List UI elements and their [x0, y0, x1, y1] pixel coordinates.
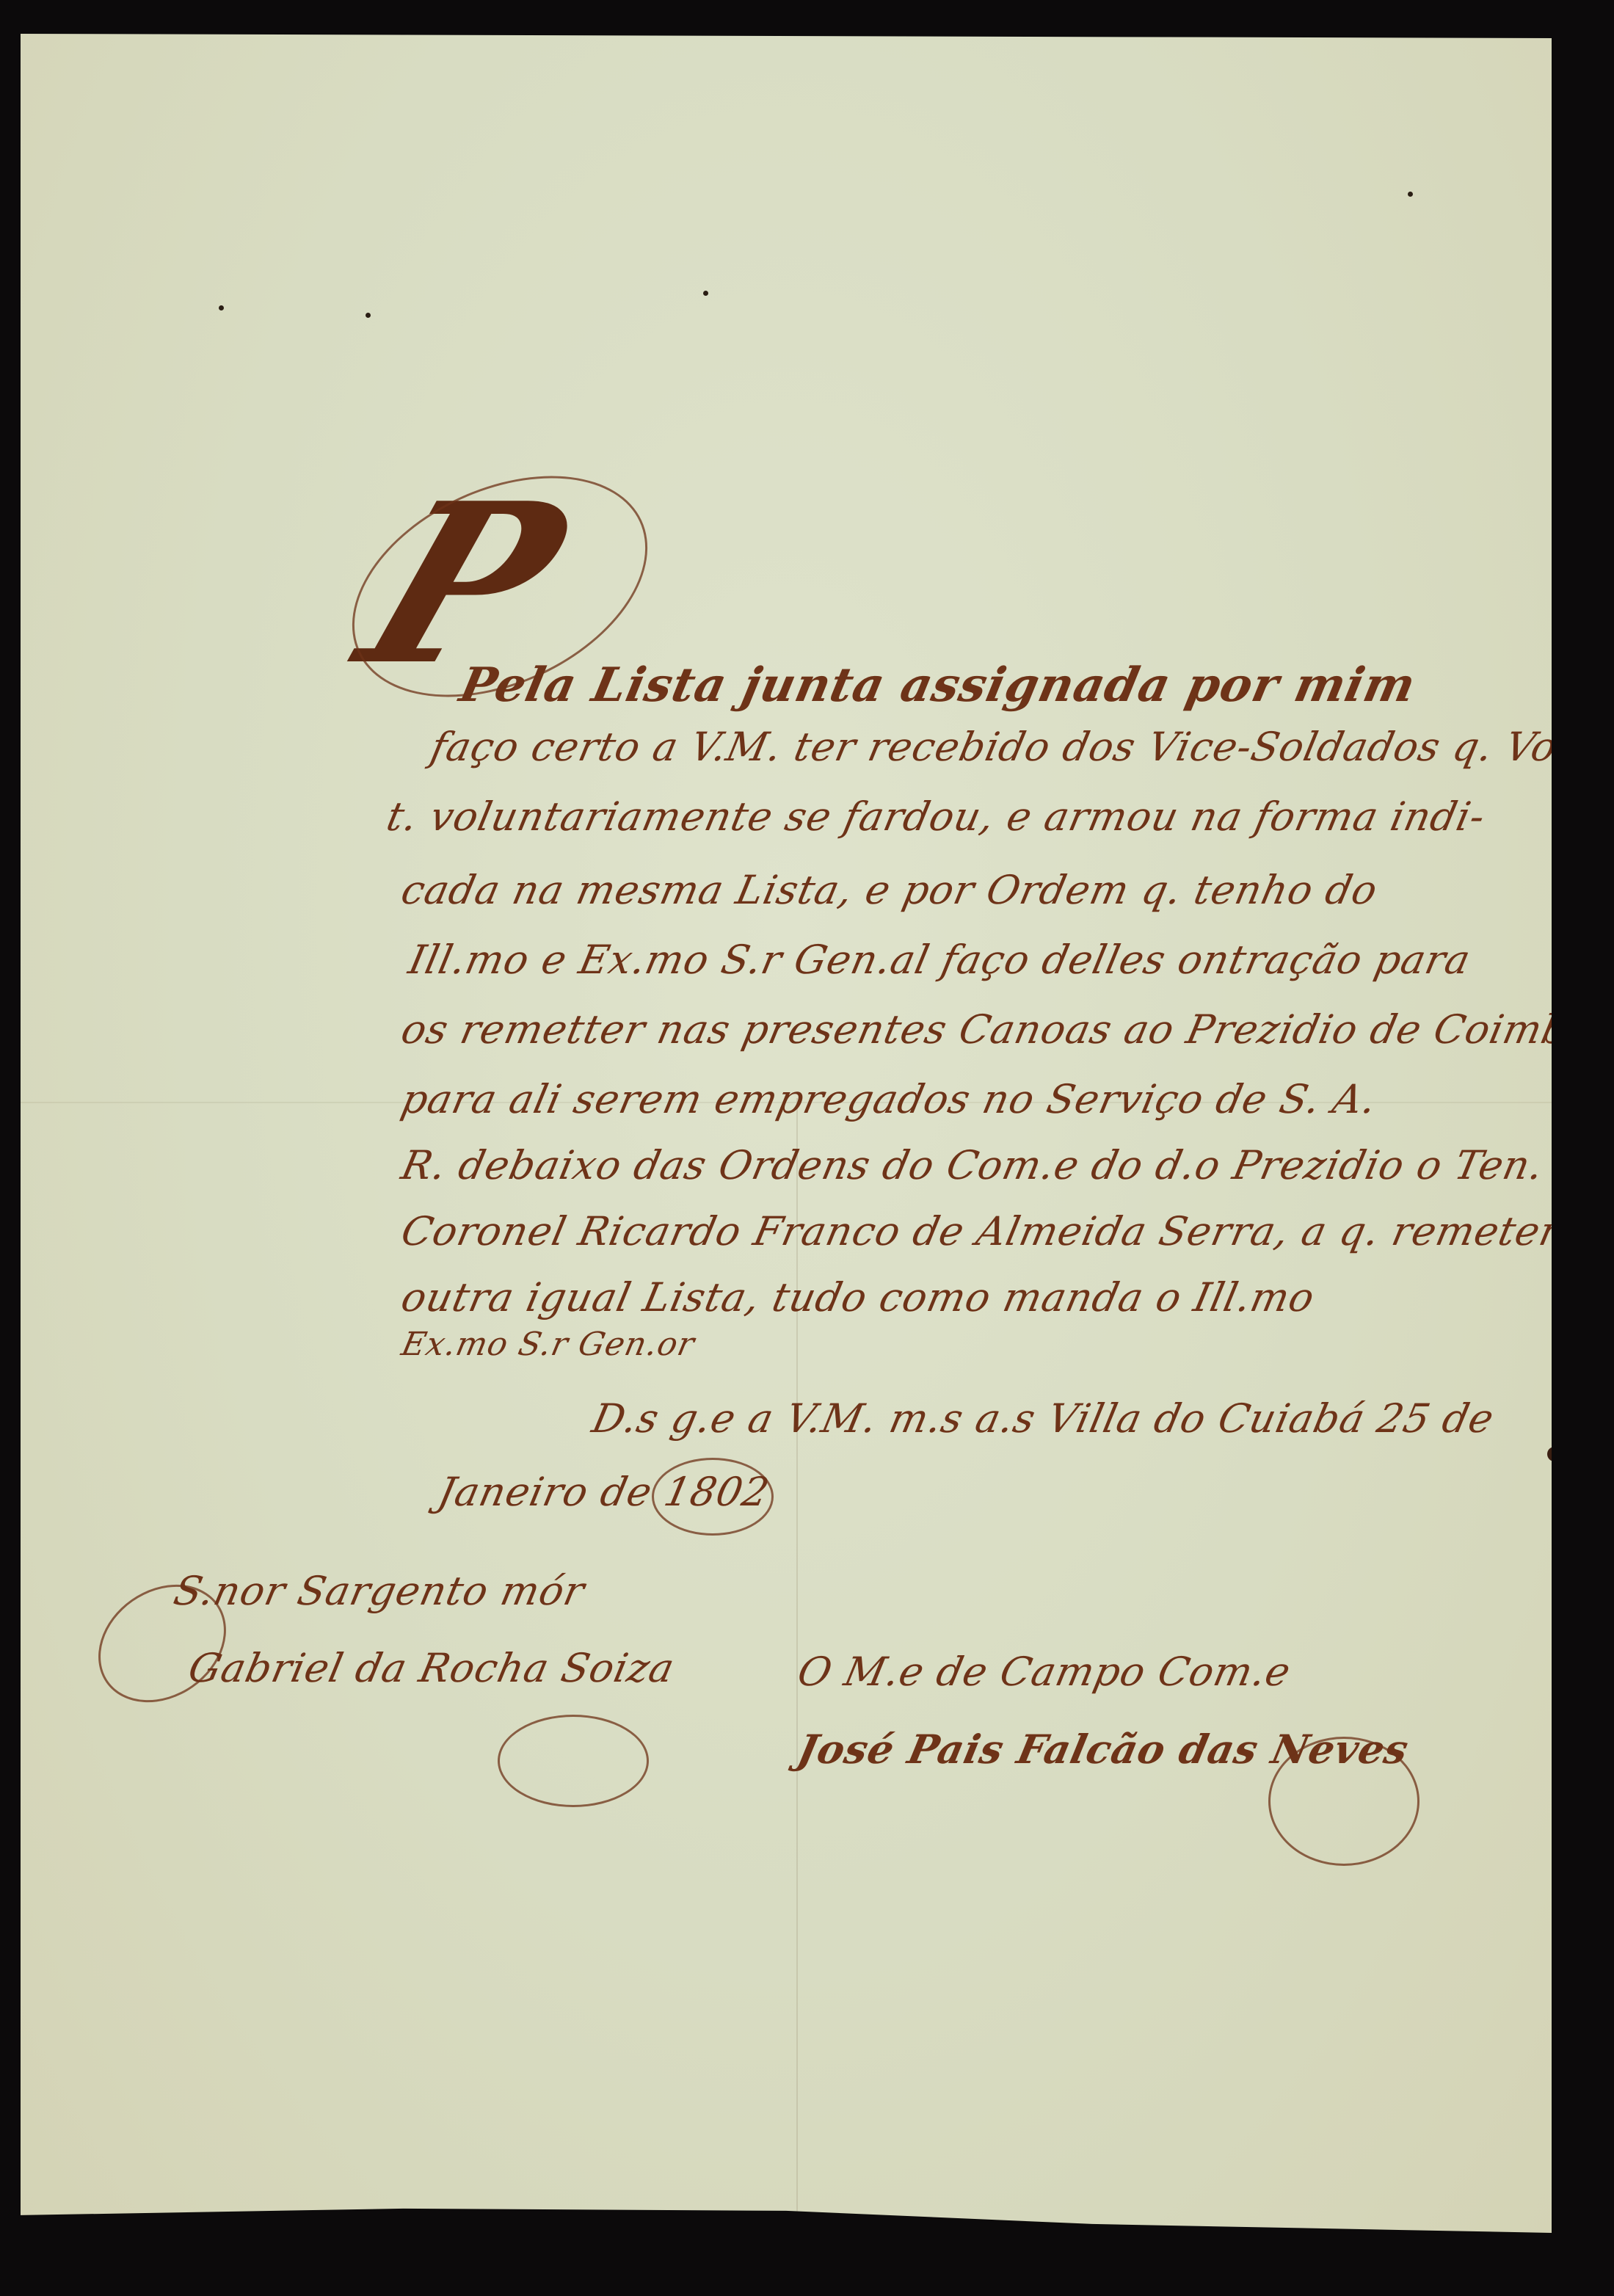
body-line-7: para ali serem empregados no Serviço de …	[397, 1076, 1381, 1122]
body-line-11: Ex.mo S.r Gen.or	[399, 1326, 699, 1363]
body-line-6: os remetter nas presentes Canoas ao Prez…	[397, 1006, 1614, 1053]
document-paper: P Pela Lista junta assignada por mim faç…	[21, 34, 1552, 2242]
ink-blot	[1547, 1447, 1562, 1461]
paper-speck	[366, 313, 371, 318]
date-flourish	[652, 1458, 774, 1536]
body-line-1: Pela Lista junta assignada por mim	[455, 658, 1421, 713]
body-line-9: Coronel Ricardo Franco de Almeida Serra,…	[397, 1208, 1589, 1254]
body-line-2: faço certo a V.M. ter recebido dos Vice-…	[426, 724, 1614, 770]
addressee-flourish-2	[498, 1715, 649, 1807]
fold-line-vertical	[796, 1098, 798, 2243]
addressee-title: S.nor Sargento mór	[170, 1568, 589, 1614]
body-line-5: Ill.mo e Ex.mo S.r Gen.al faço delles on…	[404, 937, 1475, 983]
closing-line: D.s g.e a V.M. m.s a.s Villa do Cuiabá 2…	[588, 1395, 1498, 1442]
body-line-10: outra igual Lista, tudo como manda o Ill…	[397, 1274, 1319, 1320]
paper-speck	[1408, 192, 1413, 197]
body-line-3: t. voluntariamente se fardou, e armou na…	[382, 793, 1489, 840]
paper-speck	[703, 291, 708, 296]
signature-title: O M.e de Campo Com.e	[793, 1649, 1295, 1695]
addressee-name: Gabriel da Rocha Soiza	[184, 1645, 679, 1691]
paper-speck	[219, 305, 224, 310]
signature-rubric	[1268, 1737, 1419, 1866]
body-line-4: cada na mesma Lista, e por Ordem q. tenh…	[397, 867, 1381, 913]
body-line-8: R. debaixo das Ordens do Com.e do d.o Pr…	[397, 1142, 1548, 1188]
